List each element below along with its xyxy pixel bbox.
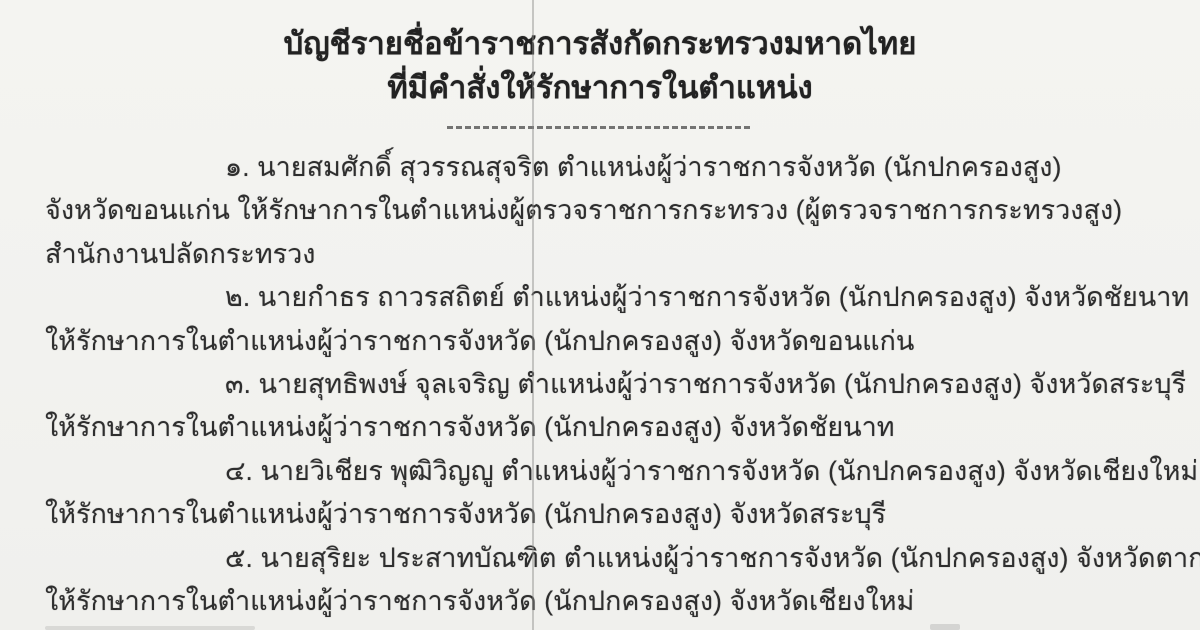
vertical-fold-artifact	[532, 0, 534, 630]
document-line: จังหวัดขอนแก่น ให้รักษาการในตำแหน่งผู้ตร…	[45, 189, 1160, 232]
document-line: สำนักงานปลัดกระทรวง	[45, 233, 1160, 276]
document-line: ให้รักษาการในตำแหน่งผู้ว่าราชการจังหวัด …	[45, 320, 1160, 363]
document-line: ๑. นายสมศักดิ์ สุวรรณสุจริต ตำแหน่งผู้ว่…	[45, 146, 1160, 189]
cutoff-next-line-artifact	[930, 624, 960, 630]
document-line: ให้รักษาการในตำแหน่งผู้ว่าราชการจังหวัด …	[45, 580, 1160, 623]
cutoff-next-line-artifact	[45, 626, 255, 630]
document-line: ๒. นายกำธร ถาวรสถิตย์ ตำแหน่งผู้ว่าราชกา…	[45, 276, 1160, 319]
document-title-line-2: ที่มีคำสั่งให้รักษาการในตำแหน่ง	[0, 62, 1200, 112]
document-line: ให้รักษาการในตำแหน่งผู้ว่าราชการจังหวัด …	[45, 406, 1160, 449]
document-body: ๑. นายสมศักดิ์ สุวรรณสุจริต ตำแหน่งผู้ว่…	[45, 146, 1160, 623]
scanned-document-page: บัญชีรายชื่อข้าราชการสังกัดกระทรวงมหาดไท…	[0, 0, 1200, 630]
document-line: ๓. นายสุทธิพงษ์ จุลเจริญ ตำแหน่งผู้ว่ารา…	[45, 363, 1160, 406]
document-line: ๕. นายสุริยะ ประสาทบัณฑิต ตำแหน่งผู้ว่าร…	[45, 537, 1160, 580]
dashed-separator	[447, 126, 750, 129]
document-title-line-1: บัญชีรายชื่อข้าราชการสังกัดกระทรวงมหาดไท…	[0, 18, 1200, 68]
document-line: ๔. นายวิเชียร พุฒิวิญญู ตำแหน่งผู้ว่าราช…	[45, 450, 1160, 493]
document-line: ให้รักษาการในตำแหน่งผู้ว่าราชการจังหวัด …	[45, 493, 1160, 536]
